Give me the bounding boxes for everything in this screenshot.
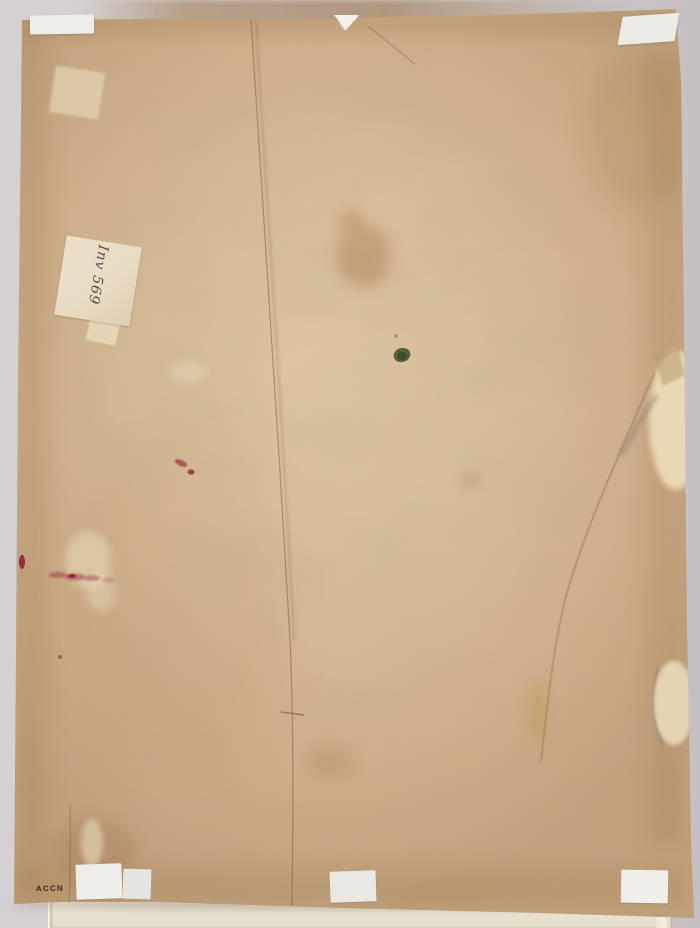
tape-top-right [618,13,680,45]
tape-top-left [30,14,94,34]
tape-bottom-left-inner [123,869,152,900]
tape-bottom-center [329,870,376,903]
tape-bottom-right [621,870,669,904]
paper-texture-and-stains [0,0,700,928]
accession-stamp: ACCN [36,884,64,893]
tape-bottom-left-outer [75,863,122,900]
inventory-label: Inv 569 [54,236,142,327]
inscription-text: Inv 569 [82,229,113,320]
paper-sheet-verso [0,0,700,928]
tape-residue-top-left [49,65,106,119]
photo-of-drawing-verso: Inv 569 ACCN [0,0,700,928]
